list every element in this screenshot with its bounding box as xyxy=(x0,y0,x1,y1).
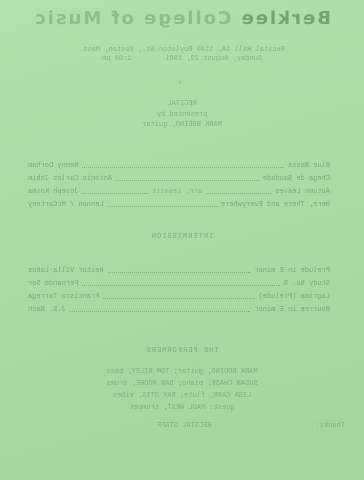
dot-leader xyxy=(103,298,254,299)
college-logotype: Berklee College of Music xyxy=(0,8,364,29)
program-row: Lagrima (Prelude) Francisco Tarrega xyxy=(28,288,330,301)
program-row: Chega de Saudade Antonio Carlos Jobim xyxy=(28,170,330,183)
dot-leader xyxy=(82,193,147,194)
piece-title: Lagrima (Prelude) xyxy=(259,293,330,301)
program-row: Bourree in E minor J.S. Bach xyxy=(28,301,330,314)
date-time-line: Sunday, August 23, 19811:00 pm xyxy=(0,55,364,64)
composer-name: Kenny Dorham xyxy=(28,162,78,170)
performer-name-line: MARK BODINO, guitar xyxy=(0,120,364,131)
performers-line: LISA CARR, flute; RAY OTIS, vibes xyxy=(0,390,364,402)
footer-text: RECITAL STAFF xyxy=(157,422,212,430)
piece-title: Here, There and Everywhere xyxy=(221,201,330,209)
footer-label: Thanks: xyxy=(316,422,345,430)
logotype-word-berklee: Berklee xyxy=(240,8,331,29)
performers-line: MARK BODINO, guitar; TOM RILEY, bass xyxy=(0,366,364,378)
dot-leader xyxy=(70,311,251,312)
program-row: Study No. 5 Fernando Sor xyxy=(28,275,330,288)
composer-name: Francisco Tarrega xyxy=(28,293,99,301)
dot-leader xyxy=(108,272,251,273)
recital-word: RECITAL xyxy=(0,99,364,110)
piece-title: Blue Bossa xyxy=(288,162,330,170)
venue-address-line: Recital Hall 1A, 1140 Boylston St., Bost… xyxy=(0,46,364,55)
program-row: Here, There and Everywhere Lennon / McCa… xyxy=(28,196,330,209)
dot-leader xyxy=(206,193,271,194)
event-time: 1:00 pm xyxy=(102,55,131,63)
dot-leader xyxy=(82,285,279,286)
footer-credit-line: Thanks:RECITAL STAFF xyxy=(28,422,345,430)
composer-name: Heitor Villa-Lobos xyxy=(28,267,104,275)
program-list-second-half: Prelude in E minor Heitor Villa-Lobos St… xyxy=(28,262,330,314)
composer-name: J.S. Bach xyxy=(28,306,66,314)
logotype-rest: College of Music xyxy=(33,8,240,29)
intermission-heading: INTERMISSION xyxy=(0,233,364,241)
scanned-program-page: Berklee College of Music Recital Hall 1A… xyxy=(0,0,364,480)
presented-by-label: presented by xyxy=(0,110,364,121)
performers-line: guest: PAUL WEST, trumpet xyxy=(0,402,364,414)
program-row: Prelude in E minor Heitor Villa-Lobos xyxy=(28,262,330,275)
performers-heading: THE PERFORMERS xyxy=(0,347,364,355)
performers-list: MARK BODINO, guitar; TOM RILEY, bass SUS… xyxy=(0,366,364,414)
event-date: Sunday, August 23, 1981 xyxy=(165,55,262,63)
piece-title: Chega de Saudade xyxy=(263,175,330,183)
program-list-first-half: Blue Bossa Kenny Dorham Chega de Saudade… xyxy=(28,157,330,209)
dot-leader xyxy=(82,167,284,168)
piece-title: Prelude in E minor xyxy=(254,267,330,275)
piece-title: Bourree in E minor xyxy=(254,306,330,314)
performers-line: SUSAN CHASE, piano; DAN MOORE, drums xyxy=(0,378,364,390)
composer-name: Fernando Sor xyxy=(28,280,78,288)
piece-title: Study No. 5 xyxy=(284,280,330,288)
stray-ink-mark: x xyxy=(178,79,182,86)
mirrored-bleed-through-layer: Berklee College of Music Recital Hall 1A… xyxy=(0,0,364,480)
program-row: Blue Bossa Kenny Dorham xyxy=(28,157,330,170)
piece-title: Autumn Leaves xyxy=(275,188,330,196)
presentation-block: RECITAL presented by MARK BODINO, guitar xyxy=(0,99,364,131)
arranger-credit: arr. Leavitt xyxy=(152,188,202,196)
composer-name: Joseph Kosma xyxy=(28,188,78,196)
composer-name: Lennon / McCartney xyxy=(28,201,104,209)
dot-leader xyxy=(108,206,217,207)
dot-leader xyxy=(116,180,259,181)
composer-name: Antonio Carlos Jobim xyxy=(28,175,112,183)
program-row: Autumn Leaves arr. Leavitt Joseph Kosma xyxy=(28,183,330,196)
